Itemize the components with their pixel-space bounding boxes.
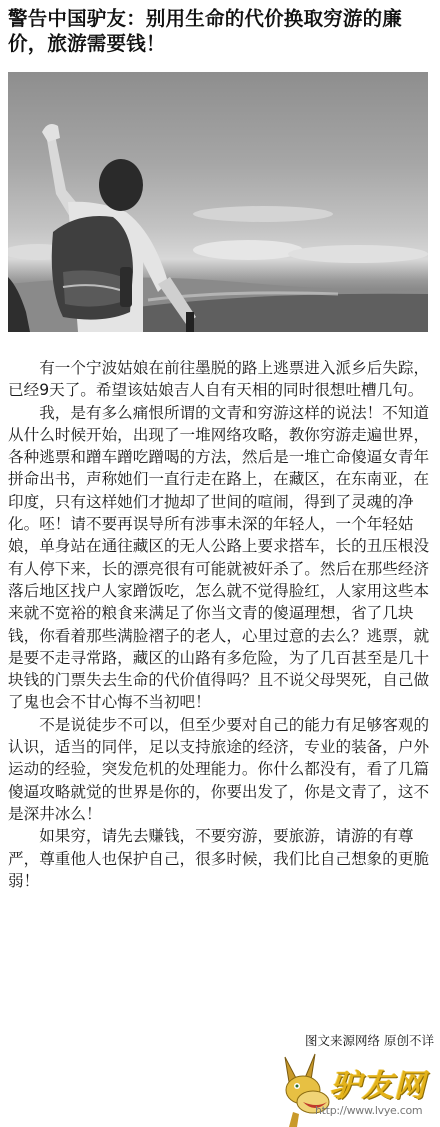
hiker-photo-illustration xyxy=(8,72,428,332)
article-title: 警告中国驴友：别用生命的代价换取穷游的廉价，旅游需要钱！ xyxy=(8,6,433,56)
watermark-logo: 驴友网 http://www.lvye.com xyxy=(275,1052,440,1127)
article-photo xyxy=(8,72,428,332)
paragraph: 不是说徒步不可以，但至少要对自己的能力有足够客观的认识，适当的同伴，足以支持旅途… xyxy=(8,714,432,825)
article-body: 有一个宁波姑娘在前往墨脱的路上逃票进入派乡后失踪，已经9天了。希望该姑娘吉人自有… xyxy=(8,357,432,892)
watermark-url: http://www.lvye.com xyxy=(315,1104,422,1117)
source-note: 图文来源网络 原创不详 xyxy=(305,1031,434,1049)
paragraph: 有一个宁波姑娘在前往墨脱的路上逃票进入派乡后失踪，已经9天了。希望该姑娘吉人自有… xyxy=(8,357,432,402)
watermark-logo-text: 驴友网 xyxy=(330,1060,426,1105)
paragraph: 如果穷，请先去赚钱，不要穷游，要旅游，请游的有尊严，尊重他人也保护自己，很多时候… xyxy=(8,825,432,892)
paragraph: 我，是有多么痛恨所谓的文青和穷游这样的说法！不知道从什么时候开始，出现了一堆网络… xyxy=(8,402,432,714)
